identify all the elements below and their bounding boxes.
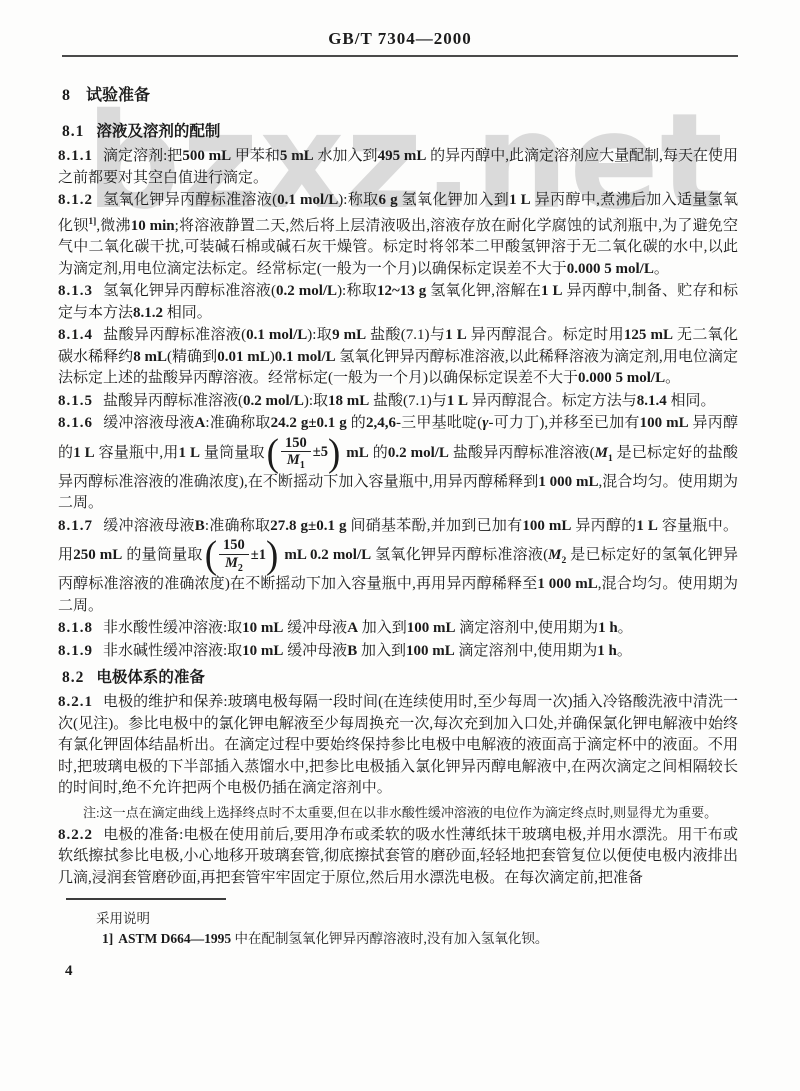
- text-run: ):称取: [338, 192, 378, 208]
- text-run: mL 0.2 mol/L: [280, 547, 371, 563]
- text-run: 氢氧化钾异丙醇标准溶液(: [103, 192, 277, 208]
- footnote-item: 1]ASTM D664—1995 中在配制氢氧化钾异丙醇溶液时,没有加入氢氧化钡…: [102, 928, 738, 949]
- text-run: 0.000 5 mol/L: [567, 261, 654, 277]
- text-run: 盐酸(7.1)与: [366, 327, 445, 343]
- text-run: 。: [665, 370, 680, 386]
- document-page: bzxz.net GB/T 7304—2000 8试验准备8.1溶液及溶剂的配制…: [0, 0, 800, 1091]
- clause-8.1.5: 8.1.5盐酸异丙醇标准溶液(0.2 mol/L):取18 mL 盐酸(7.1)…: [58, 391, 738, 413]
- text-run: -三甲基吡啶(: [396, 415, 482, 431]
- fraction-tolerance: ±1: [251, 545, 266, 567]
- text-run: 100 mL: [406, 643, 455, 659]
- text-run: 125 mL: [624, 327, 673, 343]
- text-run: 相同。: [163, 305, 212, 321]
- text-run: ):称取: [337, 283, 377, 299]
- page-number: 4: [65, 963, 738, 980]
- text-run: (精确到: [167, 349, 217, 365]
- text-run: 100 mL: [407, 620, 456, 636]
- text-run: 8 mL: [133, 349, 167, 365]
- section-title: 电极体系的准备: [96, 669, 205, 686]
- text-run: 甲苯和: [231, 148, 280, 164]
- footnote-items: 1]ASTM D664—1995 中在配制氢氧化钾异丙醇溶液时,没有加入氢氧化钡…: [58, 928, 738, 949]
- fraction-tolerance: ±5: [313, 442, 328, 464]
- clause-number: 8.1.4: [58, 327, 93, 343]
- text-run: mL: [342, 444, 368, 460]
- text-run: :准确称取: [205, 518, 270, 534]
- text-run: 5 mL: [280, 148, 314, 164]
- text-run: M: [595, 444, 608, 460]
- note: 注:这一点在滴定曲线上选择终点时不太重要,但在以非水酸性缓冲溶液的电位作为滴定终…: [83, 803, 738, 822]
- fraction-close-paren: ): [266, 536, 278, 575]
- text-run: 1 L: [179, 444, 200, 460]
- text-run: 8.1.4: [637, 393, 667, 409]
- text-run: 100 mL: [522, 518, 571, 534]
- text-run: ):取: [307, 327, 332, 343]
- fraction-numerator: 150: [281, 435, 311, 453]
- text-run: 100 mL: [640, 415, 689, 431]
- text-run: 加入到: [357, 643, 406, 659]
- fraction-open-paren: (: [205, 536, 217, 575]
- text-run: 1 L: [541, 283, 563, 299]
- text-run: 8.1.2: [133, 305, 163, 321]
- text-run: 500 mL: [182, 148, 231, 164]
- text-run: ASTM D664—1995: [118, 931, 231, 946]
- fraction-close-paren: ): [328, 434, 340, 473]
- text-run: 电极的准备:电极在使用前后,要用净布或柔软的吸水性薄纸抹干玻璃电极,并用水漂洗。…: [58, 827, 738, 886]
- text-run: -可力丁),并移至已加有: [489, 415, 640, 431]
- text-run: 盐酸异丙醇标准溶液(: [449, 444, 595, 460]
- text-run: 。: [654, 261, 669, 277]
- section-number: 8.1: [62, 123, 84, 140]
- text-run: 0.1 mol/L: [277, 192, 338, 208]
- text-run: 9 mL: [332, 327, 366, 343]
- text-run: 非水碱性缓冲溶液:取: [103, 643, 242, 659]
- fraction: (150M2±1): [205, 537, 279, 574]
- fraction-open-paren: (: [267, 434, 279, 473]
- text-run: 容量瓶中,用: [95, 444, 179, 460]
- clause-8.2.2: 8.2.2电极的准备:电极在使用前后,要用净布或柔软的吸水性薄纸抹干玻璃电极,并…: [58, 825, 738, 890]
- footnote-label: 采用说明: [96, 909, 738, 928]
- clause-number: 8.1.7: [58, 518, 93, 534]
- text-run: A: [195, 415, 206, 431]
- text-run: 电极的维护和保养:玻璃电极每隔一段时间(在连续使用时,至少每周一次)插入冷铬酸洗…: [58, 694, 738, 796]
- text-run: M: [548, 547, 561, 563]
- text-run: 的: [369, 444, 388, 460]
- fraction-denominator-sub: 2: [238, 563, 243, 574]
- clause-number: 8.1.9: [58, 643, 93, 659]
- clause-8.1.4: 8.1.4盐酸异丙醇标准溶液(0.1 mol/L):取9 mL 盐酸(7.1)与…: [58, 325, 738, 390]
- text-run: 1 000 mL: [538, 474, 598, 490]
- text-run: 注:这一点在滴定曲线上选择终点时不太重要,但在以非水酸性缓冲溶液的电位作为滴定终…: [83, 805, 717, 820]
- text-run: 加入到: [358, 620, 407, 636]
- text-run: 氢氧化钾,溶解在: [426, 283, 541, 299]
- text-run: 缓冲溶液母液: [103, 518, 195, 534]
- section-number: 8: [62, 87, 71, 104]
- section-heading-8.1: 8.1溶液及溶剂的配制: [62, 121, 738, 143]
- section-heading-8.2: 8.2电极体系的准备: [62, 667, 738, 689]
- text-run: 1 L: [73, 444, 94, 460]
- document-body: 8试验准备8.1溶液及溶剂的配制8.1.1滴定溶剂:把500 mL 甲苯和5 m…: [58, 80, 738, 980]
- clause-8.2.1: 8.2.1电极的维护和保养:玻璃电极每隔一段时间(在连续使用时,至少每周一次)插…: [58, 692, 738, 800]
- footnote-reference: 1]: [102, 931, 113, 946]
- footnote-area: 采用说明 1]ASTM D664—1995 中在配制氢氧化钾异丙醇溶液时,没有加…: [58, 898, 738, 949]
- text-run: 0.2 mol/L: [276, 283, 337, 299]
- text-run: 10 min: [131, 218, 175, 234]
- text-run: 0.2 mol/L: [388, 444, 449, 460]
- clause-number: 8.1.6: [58, 415, 93, 431]
- text-run: ):取: [304, 393, 328, 409]
- text-run: 1 h: [597, 643, 617, 659]
- clause-number: 8.1.2: [58, 192, 93, 208]
- text-run: 氢氧化钾加入到: [398, 192, 510, 208]
- text-run: 0.2 mol/L: [243, 393, 304, 409]
- fraction: (150M1±5): [267, 435, 341, 472]
- clause-8.1.3: 8.1.3氢氧化钾异丙醇标准溶液(0.2 mol/L):称取12~13 g 氢氧…: [58, 281, 738, 324]
- text-run: 缓冲母液: [283, 643, 347, 659]
- text-run: 盐酸(7.1)与: [369, 393, 447, 409]
- text-run: 250 mL: [73, 547, 122, 563]
- text-run: 495 mL: [378, 148, 427, 164]
- section-heading-8: 8试验准备: [62, 84, 738, 107]
- text-run: 0.000 5 mol/L: [578, 370, 665, 386]
- fraction-stack: 150M1: [281, 435, 311, 472]
- text-run: 的: [347, 415, 366, 431]
- clause-8.1.9: 8.1.9非水碱性缓冲溶液:取10 mL 缓冲母液B 加入到100 mL 滴定溶…: [58, 641, 738, 663]
- text-run: 6 g: [379, 192, 398, 208]
- text-run: 10 mL: [242, 620, 283, 636]
- text-run: 相同。: [667, 393, 716, 409]
- section-title: 试验准备: [86, 87, 150, 104]
- footnote-separator: [66, 898, 226, 900]
- text-run: 滴定溶剂中,使用期为: [455, 643, 598, 659]
- text-run: 滴定溶剂中,使用期为: [456, 620, 599, 636]
- fraction-denominator: M2: [225, 555, 243, 574]
- text-run: 1 L: [636, 518, 658, 534]
- text-run: 氢氧化钾异丙醇标准溶液(: [103, 283, 276, 299]
- text-run: 24.2 g±0.1 g: [271, 415, 347, 431]
- text-run: 盐酸异丙醇标准溶液(: [103, 393, 243, 409]
- text-run: 1 L: [509, 192, 531, 208]
- text-run: 异丙醇的: [571, 518, 636, 534]
- text-run: 缓冲溶液母液: [103, 415, 195, 431]
- text-run: 0.1 mol/L: [275, 349, 336, 365]
- text-run: 1 h: [598, 620, 618, 636]
- clause-8.1.1: 8.1.1滴定溶剂:把500 mL 甲苯和5 mL 水加入到495 mL 的异丙…: [58, 146, 738, 189]
- text-run: 0.1 mol/L: [246, 327, 307, 343]
- text-run: 10 mL: [242, 643, 283, 659]
- clause-number: 8.1.3: [58, 283, 93, 299]
- fraction-denominator: M1: [287, 452, 305, 471]
- text-run: ,微沸: [96, 218, 130, 234]
- standard-code: GB/T 7304—2000: [0, 29, 800, 49]
- clause-8.1.7: 8.1.7缓冲溶液母液B:准确称取27.8 g±0.1 g 间硝基苯酚,并加到已…: [58, 516, 738, 618]
- text-run: 氢氧化钾异丙醇标准溶液(: [371, 547, 548, 563]
- text-run: 。: [618, 620, 633, 636]
- text-run: 18 mL: [328, 393, 369, 409]
- text-run: 异丙醇混合。标定方法与: [468, 393, 637, 409]
- clause-number: 8.2.1: [58, 694, 93, 710]
- text-run: B: [347, 643, 357, 659]
- text-run: 中在配制氢氧化钾异丙醇溶液时,没有加入氢氧化钡。: [231, 931, 548, 946]
- text-run: 缓冲母液: [283, 620, 347, 636]
- fraction-numerator: 150: [219, 537, 249, 555]
- text-run: 。: [617, 643, 632, 659]
- text-run: 水加入到: [314, 148, 378, 164]
- fraction-denominator-sub: 1: [300, 460, 305, 471]
- text-run: 12~13 g: [377, 283, 426, 299]
- text-run: 1 L: [445, 327, 467, 343]
- text-run: 量筒量取: [200, 444, 265, 460]
- fraction-stack: 150M2: [219, 537, 249, 574]
- text-run: 1 000 mL: [537, 576, 597, 592]
- text-run: 27.8 g±0.1 g: [270, 518, 346, 534]
- text-run: 异丙醇混合。标定时用: [467, 327, 624, 343]
- text-run: 非水酸性缓冲溶液:取: [103, 620, 242, 636]
- clause-number: 8.1.8: [58, 620, 93, 636]
- text-run: 间硝基苯酚,并加到已加有: [347, 518, 523, 534]
- section-number: 8.2: [62, 669, 84, 686]
- section-title: 溶液及溶剂的配制: [96, 123, 220, 140]
- clause-8.1.2: 8.1.2氢氧化钾异丙醇标准溶液(0.1 mol/L):称取6 g 氢氧化钾加入…: [58, 190, 738, 280]
- clause-number: 8.1.5: [58, 393, 93, 409]
- text-run: 的量筒量取: [122, 547, 202, 563]
- clause-number: 8.1.1: [58, 148, 93, 164]
- text-run: 0.01 mL: [217, 349, 270, 365]
- clause-number: 8.2.2: [58, 827, 93, 843]
- text-run: 盐酸异丙醇标准溶液(: [103, 327, 246, 343]
- text-run: A: [347, 620, 358, 636]
- text-run: 滴定溶剂:把: [103, 148, 182, 164]
- text-run: :准确称取: [205, 415, 270, 431]
- text-run: B: [195, 518, 205, 534]
- clause-8.1.8: 8.1.8非水酸性缓冲溶液:取10 mL 缓冲母液A 加入到100 mL 滴定溶…: [58, 618, 738, 640]
- text-run: 1 L: [447, 393, 468, 409]
- clause-8.1.6: 8.1.6缓冲溶液母液A:准确称取24.2 g±0.1 g 的2,4,6-三甲基…: [58, 413, 738, 515]
- header-rule: [62, 55, 738, 57]
- text-run: 2,4,6: [366, 415, 396, 431]
